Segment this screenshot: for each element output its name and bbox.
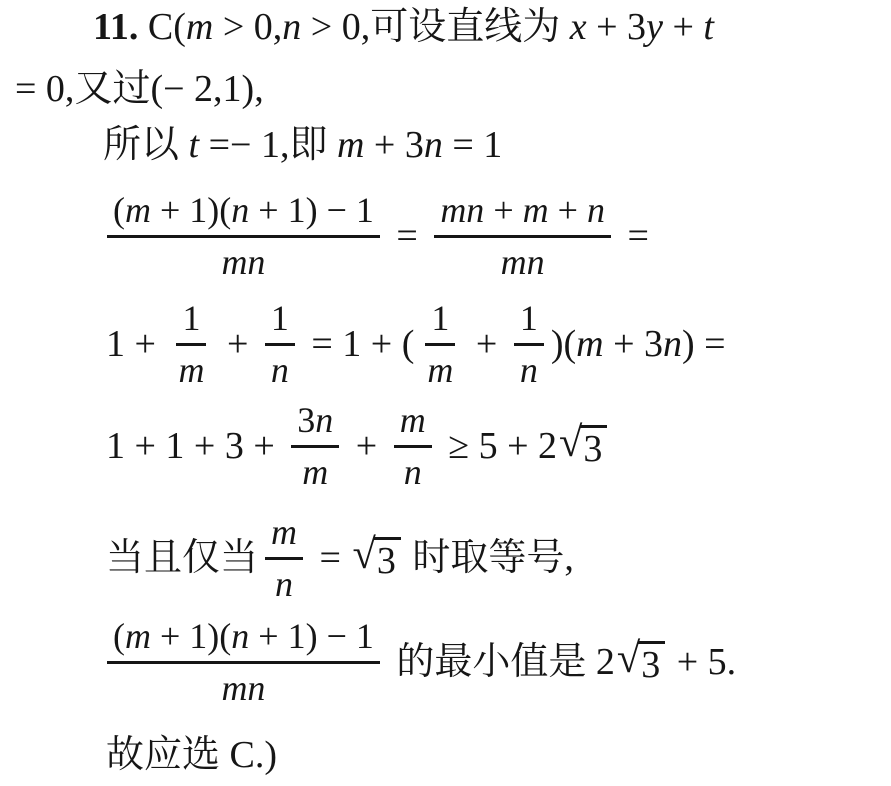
text-token: m [125,190,151,231]
text-token: 当且仅当 [106,537,258,581]
text-token: )( [551,323,576,367]
fraction-numerator: 1 [514,298,544,346]
solution-line-6: 1 + 1 + 3 + 3 n m + m n ≥ 5 + 2 √ 3 [106,400,609,494]
text-token: t [189,124,200,168]
text-token: n [663,323,682,367]
text-token: + 3 [364,124,423,168]
text-token: + [346,425,386,469]
text-token: t [703,6,714,50]
problem-number: 11. [93,6,138,50]
document-page: 11. C( m > 0, n > 0, 可设直线为 x + 3 y + t =… [0,0,891,786]
solution-line-7: 当且仅当 m n = √ 3 时取等号, [106,512,574,606]
fraction: 1 n [265,298,295,392]
text-token: 即 [289,124,337,168]
text-token: 时取等号, [403,537,574,581]
solution-line-9: 故应选 C.) [106,734,277,778]
fraction: 1 m [421,298,459,392]
text-token: =− 1, [199,124,289,168]
radicand: 3 [638,641,665,684]
fraction: m n [265,512,303,606]
text-token: 2 [596,641,615,685]
text-token: m [337,124,364,168]
text-token: + [663,6,703,50]
text-token: (− 2,1), [150,68,263,112]
fraction: mn + m + n mn [434,190,611,284]
text-token: mn [440,190,484,231]
text-token: 1 + 1 + 3 + [106,425,284,469]
solution-line-4: ( m + 1)( n + 1) − 1 mn = mn + m + n mn [100,190,649,284]
fraction-denominator: mn [495,238,551,283]
fraction-numerator: 1 [265,298,295,346]
fraction-denominator: n [265,346,295,391]
solution-line-2: = 0, 又过 (− 2,1), [15,68,264,112]
fraction-denominator: m [421,346,459,391]
text-token: m [523,190,549,231]
text-token: m [186,6,213,50]
fraction-denominator: m [172,346,210,391]
text-token: + [466,323,506,367]
fraction-numerator: 1 [425,298,455,346]
solution-line-5: 1 + 1 m + 1 n = 1 + ( 1 m + 1 n )( m + 3… [106,298,726,392]
radical-sign-icon: √ [559,423,582,463]
text-token: n [231,190,249,231]
fraction-numerator: m [265,512,303,560]
fraction: ( m + 1)( n + 1) − 1 mn [107,190,380,284]
text-token: ( [113,616,125,657]
text-token: n [424,124,443,168]
fraction-numerator: 3 n [291,400,339,448]
text-token: > 0, [213,6,282,50]
radicand: 3 [374,537,401,580]
text-token: ) = [682,323,726,367]
sqrt-radical: √ 3 [617,641,665,684]
radical-sign-icon: √ [617,639,640,679]
fraction-numerator: m [394,400,432,448]
radical-sign-icon: √ [352,535,375,575]
solution-line-1: 11. C( m > 0, n > 0, 可设直线为 x + 3 y + t [93,6,714,50]
text-token: + 1) − 1 [249,616,374,657]
sqrt-radical: √ 3 [352,537,400,580]
fraction-denominator: n [269,560,299,605]
text-token: = [387,215,427,259]
sqrt-radical: √ 3 [559,425,607,468]
text-token: + 5. [667,641,736,685]
solution-line-8: ( m + 1)( n + 1) − 1 mn 的最小值是 2 √ 3 + 5. [100,616,736,710]
text-token: = 0, [15,68,74,112]
solution-line-3: 所以 t =− 1, 即 m + 3 n = 1 [103,124,502,168]
radicand: 3 [580,425,607,468]
fraction-denominator: mn [215,664,271,709]
text-token: n [587,190,605,231]
text-token: n [282,6,301,50]
text-token: 又过 [74,68,150,112]
text-token: + [549,190,587,231]
text-token: 故应选 [106,734,230,778]
fraction: m n [394,400,432,494]
text-token: = [310,537,350,581]
text-token: mn [221,242,265,283]
answer-letter: C( [138,6,186,50]
fraction: 1 n [514,298,544,392]
fraction-denominator: n [398,448,428,493]
text-token: 可设直线为 [370,6,570,50]
text-token: = 1 + ( [302,323,415,367]
text-token: + [484,190,522,231]
text-token: 1 + [106,323,165,367]
text-token: n [315,400,333,441]
text-token: C.) [230,734,278,778]
fraction: 3 n m [291,400,339,494]
text-token: = [618,215,649,259]
text-token: y [646,6,663,50]
text-token: 3 [297,400,315,441]
text-token: n [231,616,249,657]
text-token: > 0, [301,6,370,50]
fraction-numerator: ( m + 1)( n + 1) − 1 [107,616,380,664]
fraction-denominator: mn [215,238,271,283]
text-token: x [570,6,587,50]
text-token: + 1)( [151,190,231,231]
fraction-numerator: ( m + 1)( n + 1) − 1 [107,190,380,238]
text-token: m [125,616,151,657]
text-token: + [217,323,257,367]
text-token: ( [113,190,125,231]
text-token: ≥ 5 + 2 [439,425,557,469]
text-token: m [576,323,603,367]
text-token: 的最小值是 [387,641,596,685]
text-token: + 1)( [151,616,231,657]
fraction: 1 m [172,298,210,392]
text-token: + 3 [604,323,663,367]
fraction-denominator: n [514,346,544,391]
fraction-denominator: m [296,448,334,493]
fraction-numerator: mn + m + n [434,190,611,238]
text-token: + 1) − 1 [249,190,374,231]
fraction: ( m + 1)( n + 1) − 1 mn [107,616,380,710]
text-token: mn [501,242,545,283]
text-token: 所以 [103,124,189,168]
text-token: = 1 [443,124,502,168]
fraction-numerator: 1 [176,298,206,346]
text-token: + 3 [587,6,646,50]
